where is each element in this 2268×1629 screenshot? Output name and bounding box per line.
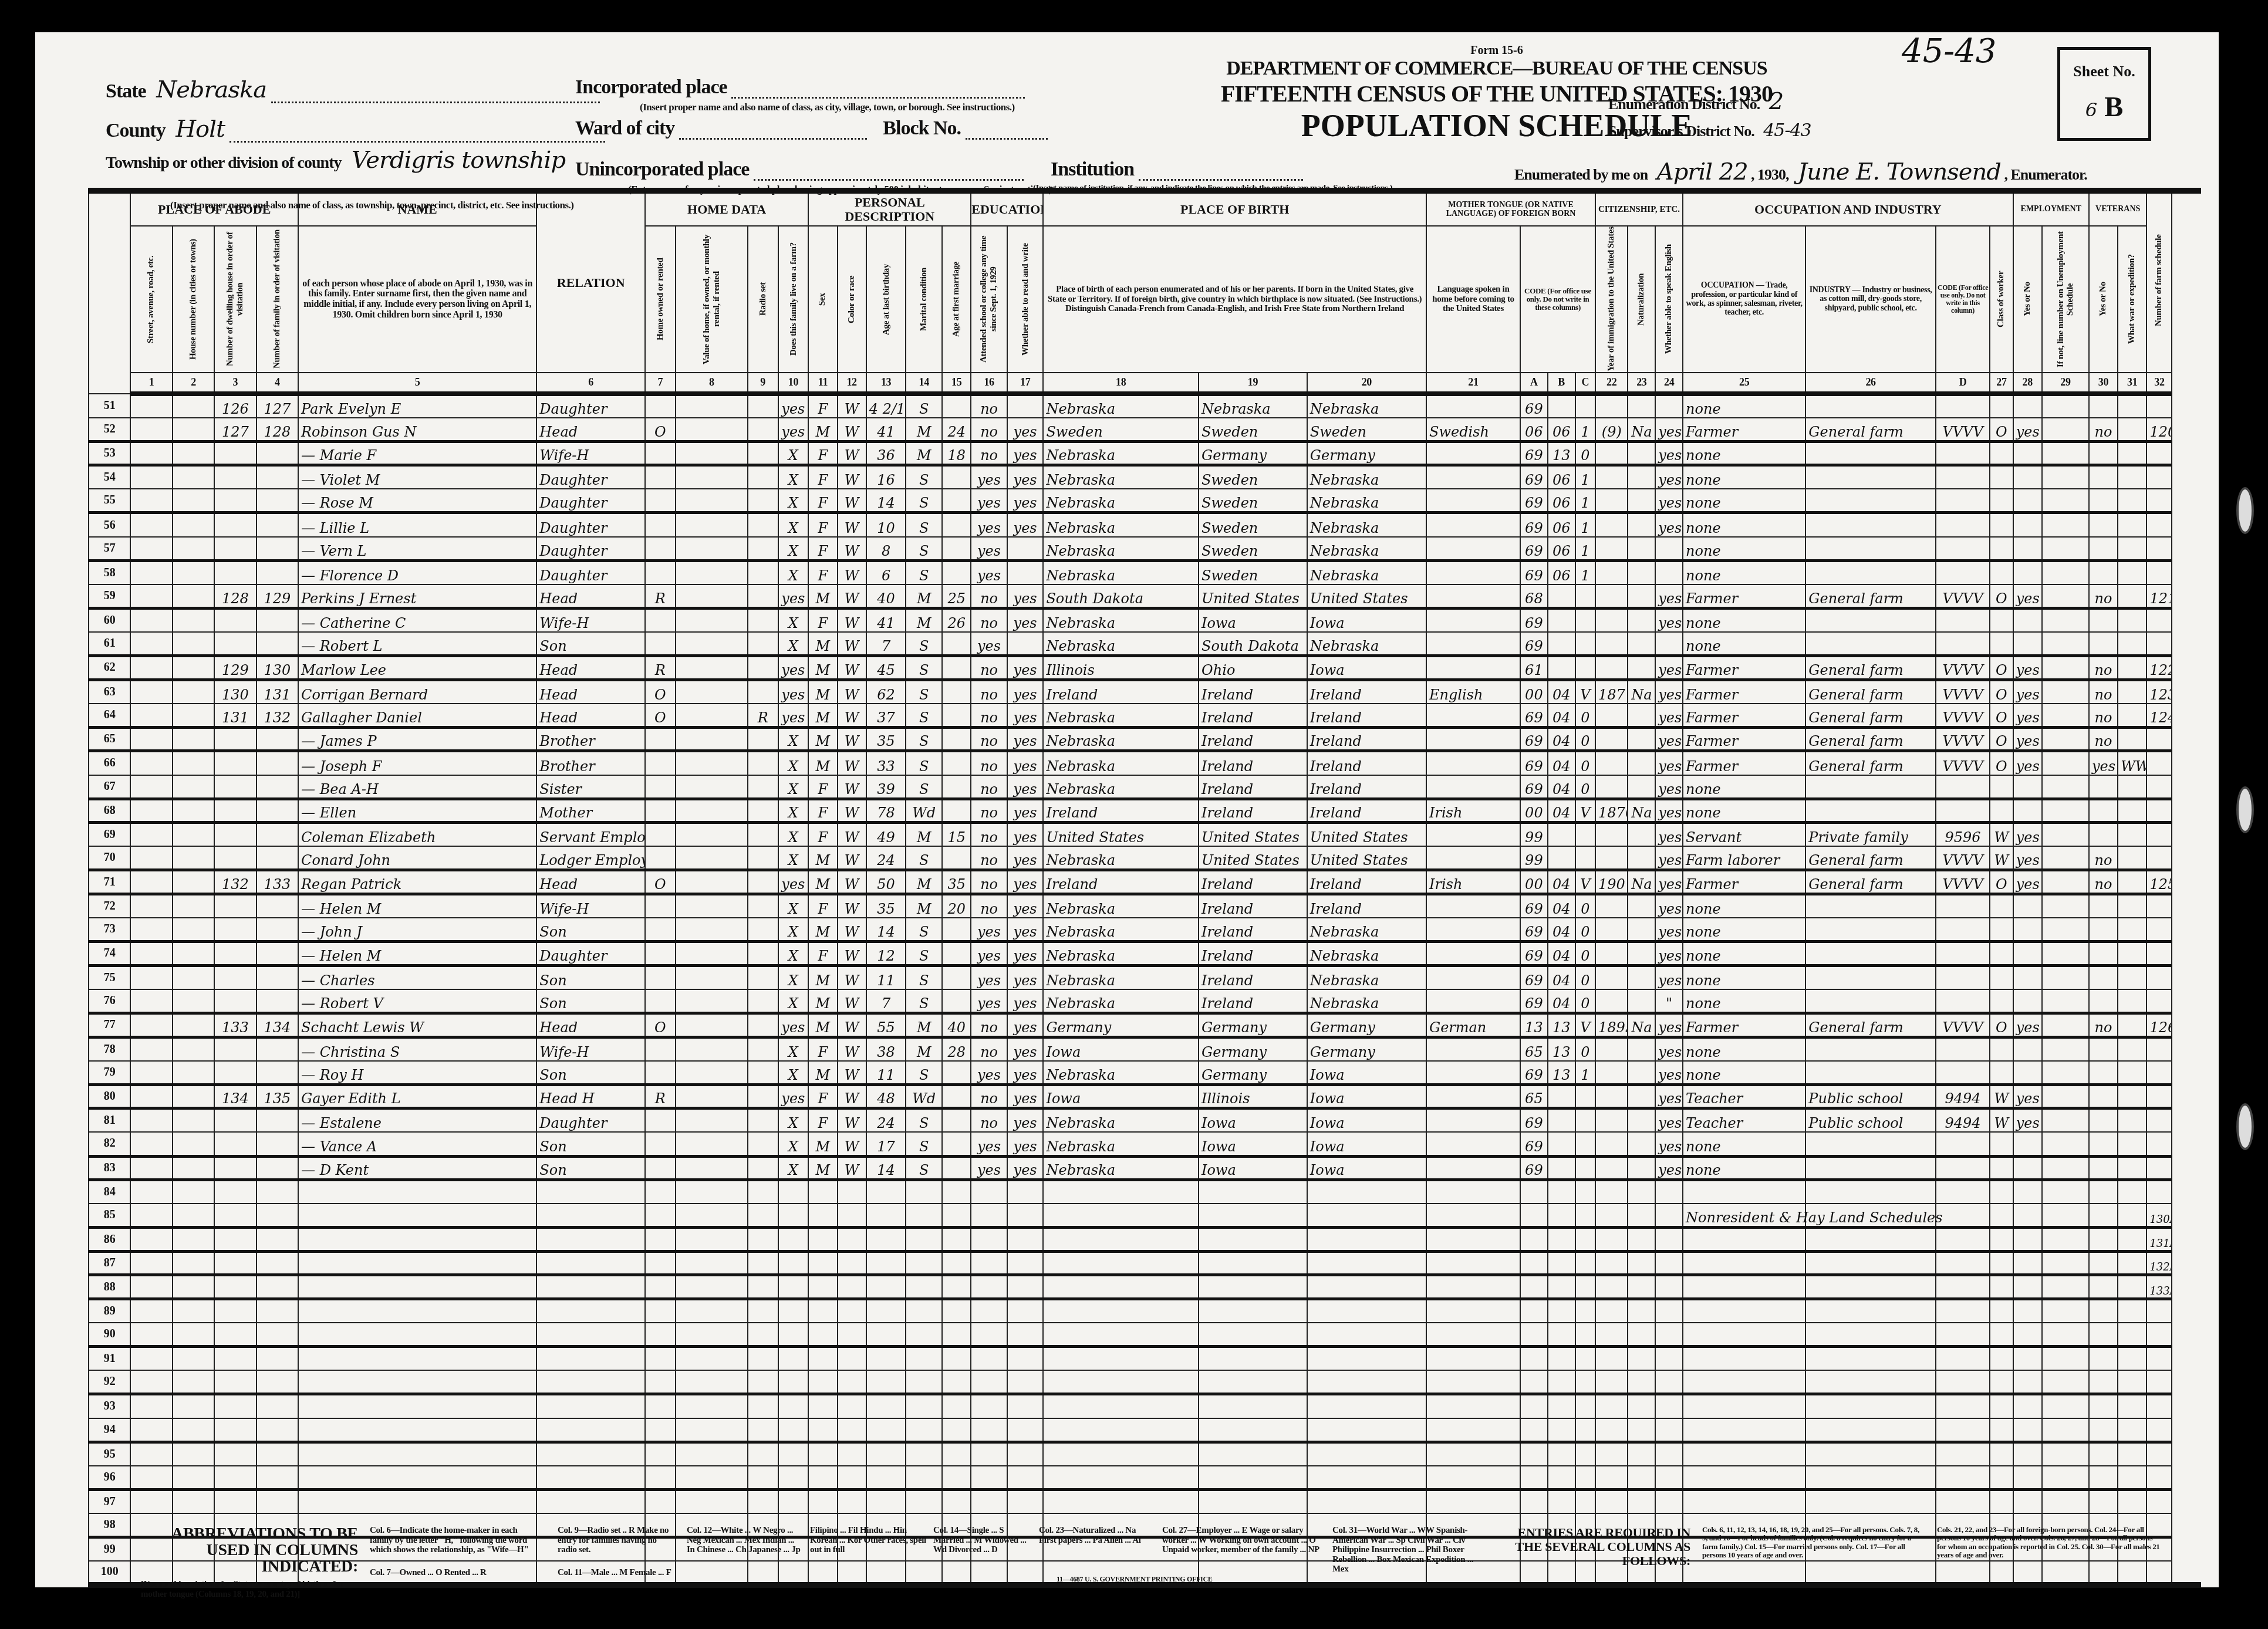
cell-unemp <box>2042 1228 2089 1252</box>
cell-read: yes <box>1007 727 1044 751</box>
cell-unemp <box>2042 465 2089 489</box>
cell-sex <box>808 1394 837 1418</box>
cell-codeB <box>1548 1108 1575 1133</box>
cell-farm: yes <box>778 394 809 418</box>
cell-sex: F <box>808 560 837 584</box>
cell-employed: yes <box>2013 846 2042 870</box>
line-number: 70 <box>89 846 130 870</box>
cell-codeD: VVVV <box>1936 656 1990 680</box>
cell-house <box>173 989 214 1013</box>
cell-codeB: 04 <box>1548 894 1575 918</box>
cell-codeC <box>1575 1108 1596 1133</box>
cell-home <box>645 1156 676 1180</box>
cell-dwelling <box>214 489 256 513</box>
cell-dwelling <box>214 799 256 823</box>
cell-occupation <box>1683 1394 1805 1418</box>
cell-veteran <box>2089 1489 2118 1513</box>
cell-codeC <box>1575 1347 1596 1371</box>
cell-industry <box>1805 1156 1936 1180</box>
cell-st <box>130 1037 172 1061</box>
cell-race: W <box>838 441 866 465</box>
cell-radio <box>748 489 778 513</box>
cell-occupation: Teacher <box>1683 1108 1805 1133</box>
cell-name <box>298 1370 536 1394</box>
cell-father-birth: Ireland <box>1199 870 1307 894</box>
cell-mother-birth: Nebraska <box>1307 465 1426 489</box>
cell-marital: S <box>906 775 942 799</box>
cell-mother-birth: Nebraska <box>1307 918 1426 942</box>
cell-codeC <box>1575 1466 1596 1490</box>
cell-value <box>676 656 748 680</box>
cell-immig <box>1595 727 1628 751</box>
cell-codeA: 69 <box>1520 632 1548 656</box>
cell-school: yes <box>971 513 1007 537</box>
cell-family <box>256 1275 298 1299</box>
cell-family <box>256 465 298 489</box>
cell-dwelling <box>214 823 256 847</box>
cell-lang <box>1426 656 1520 680</box>
cell-birth: Ireland <box>1043 680 1199 704</box>
cell-house <box>173 1251 214 1275</box>
cell-school: no <box>971 870 1007 894</box>
cell-codeD <box>1936 1442 1990 1466</box>
cell-industry <box>1805 1037 1936 1061</box>
cell-lang <box>1426 608 1520 632</box>
cell-marital: M <box>906 894 942 918</box>
state-field: State Nebraska <box>106 76 600 103</box>
cell-codeD: VVVV <box>1936 418 1990 442</box>
cell-codeC: V <box>1575 680 1596 704</box>
cell-father-birth: Germany <box>1199 1037 1307 1061</box>
cell-relation <box>536 1180 645 1204</box>
cell-immig <box>1595 965 1628 989</box>
cell-read: yes <box>1007 465 1044 489</box>
cell-age-marr: 28 <box>942 1037 971 1061</box>
cell-value <box>676 560 748 584</box>
cell-codeD <box>1936 608 1990 632</box>
cell-school: no <box>971 823 1007 847</box>
cell-occupation: none <box>1683 1037 1805 1061</box>
cell-mother-birth: Iowa <box>1307 1084 1426 1108</box>
line-number: 72 <box>89 894 130 918</box>
cell-age: 62 <box>866 680 906 704</box>
cell-relation: Head <box>536 584 645 609</box>
line-number: 69 <box>89 823 130 847</box>
cell-worker: O <box>1990 1013 2013 1037</box>
population-schedule-table: PLACE OF ABODE NAME RELATION HOME DATA P… <box>88 188 2201 1588</box>
cell-farm: X <box>778 727 809 751</box>
cell-family <box>256 560 298 584</box>
cell-name <box>298 1442 536 1466</box>
table-row: 79— Roy HSonXMW11SyesyesNebraskaGermanyI… <box>89 1061 2201 1085</box>
cell-war <box>2118 1251 2146 1275</box>
cell-employed <box>2013 1370 2042 1394</box>
cell-mother-birth: Germany <box>1307 441 1426 465</box>
cell-occupation: Farmer <box>1683 656 1805 680</box>
cell-codeA <box>1520 1299 1548 1323</box>
cell-natur <box>1628 1108 1655 1133</box>
cell-relation: Wife-H <box>536 894 645 918</box>
cell-family <box>256 1180 298 1204</box>
cell-english: yes <box>1655 1084 1683 1108</box>
cell-occupation: none <box>1683 537 1805 561</box>
cell-industry: General farm <box>1805 656 1936 680</box>
cell-employed: yes <box>2013 704 2042 728</box>
cell-radio <box>748 870 778 894</box>
cell-codeC: 0 <box>1575 965 1596 989</box>
cell-marital: S <box>906 1061 942 1085</box>
line-number: 90 <box>89 1323 130 1347</box>
cell-family <box>256 894 298 918</box>
cell-codeD <box>1936 1370 1990 1394</box>
cell-unemp <box>2042 656 2089 680</box>
cell-farm: yes <box>778 1013 809 1037</box>
cell-employed <box>2013 1466 2042 1490</box>
cell-family <box>256 775 298 799</box>
cell-relation: Brother <box>536 727 645 751</box>
cell-race: W <box>838 751 866 775</box>
cell-birth <box>1043 1299 1199 1323</box>
cell-immig <box>1595 608 1628 632</box>
cell-home <box>645 1108 676 1133</box>
cell-mother-birth: Iowa <box>1307 656 1426 680</box>
cell-radio <box>748 394 778 418</box>
cell-english: yes <box>1655 894 1683 918</box>
cell-school <box>971 1442 1007 1466</box>
cell-farm-sched: 133A <box>2146 1275 2172 1299</box>
cell-father-birth <box>1199 1204 1307 1228</box>
cell-immig <box>1595 1228 1628 1252</box>
cell-veteran <box>2089 1084 2118 1108</box>
cell-age <box>866 1323 906 1347</box>
cell-occupation: none <box>1683 894 1805 918</box>
table-row: 60— Catherine CWife-HXFW41M26noyesNebras… <box>89 608 2201 632</box>
cell-immig <box>1595 656 1628 680</box>
cell-codeA: 99 <box>1520 823 1548 847</box>
cell-codeA: 69 <box>1520 942 1548 966</box>
cell-farm-sched <box>2146 1061 2172 1085</box>
cell-sex: M <box>808 1156 837 1180</box>
cell-dwelling <box>214 775 256 799</box>
cell-radio <box>748 1489 778 1513</box>
cell-house <box>173 1489 214 1513</box>
cell-name: — Helen M <box>298 942 536 966</box>
cell-st <box>130 537 172 561</box>
cell-radio <box>748 799 778 823</box>
cell-age <box>866 1466 906 1490</box>
cell-veteran <box>2089 1466 2118 1490</box>
cell-worker <box>1990 1299 2013 1323</box>
cell-farm <box>778 1204 809 1228</box>
cell-lang <box>1426 1394 1520 1418</box>
table-row: 94 <box>89 1418 2201 1442</box>
cell-race: W <box>838 965 866 989</box>
cell-family: 132 <box>256 704 298 728</box>
cell-radio <box>748 1108 778 1133</box>
cell-english <box>1655 1299 1683 1323</box>
district-stamp: 45-43 <box>1902 32 1996 70</box>
cell-home <box>645 846 676 870</box>
cell-codeD <box>1936 775 1990 799</box>
table-row: 78— Christina SWife-HXFW38M28noyesIowaGe… <box>89 1037 2201 1061</box>
cell-radio <box>748 656 778 680</box>
cell-house <box>173 918 214 942</box>
cell-codeC <box>1575 1084 1596 1108</box>
cell-farm: X <box>778 823 809 847</box>
cell-lang <box>1426 1442 1520 1466</box>
cell-farm-sched <box>2146 1084 2172 1108</box>
cell-house <box>173 537 214 561</box>
cell-read <box>1007 1251 1044 1275</box>
cell-father-birth <box>1199 1275 1307 1299</box>
cell-natur <box>1628 465 1655 489</box>
cell-dwelling <box>214 1180 256 1204</box>
cell-marital: S <box>906 465 942 489</box>
cell-industry: Public school <box>1805 1108 1936 1133</box>
cell-war <box>2118 1275 2146 1299</box>
cell-marital: M <box>906 823 942 847</box>
cell-birth: Nebraska <box>1043 918 1199 942</box>
cell-age: 35 <box>866 727 906 751</box>
cell-read: yes <box>1007 775 1044 799</box>
cell-industry: Private family <box>1805 823 1936 847</box>
cell-radio <box>748 727 778 751</box>
cell-farm-sched <box>2146 1108 2172 1133</box>
cell-codeB: 04 <box>1548 942 1575 966</box>
cell-radio <box>748 1084 778 1108</box>
township-field: Township or other division of county Ver… <box>106 147 610 174</box>
cell-codeA: 69 <box>1520 989 1548 1013</box>
cell-value <box>676 775 748 799</box>
cell-age: 7 <box>866 989 906 1013</box>
cell-birth: Illinois <box>1043 656 1199 680</box>
cell-codeB: 06 <box>1548 465 1575 489</box>
cell-school: yes <box>971 560 1007 584</box>
cell-house <box>173 870 214 894</box>
cell-sex <box>808 1466 837 1490</box>
cell-codeA <box>1520 1275 1548 1299</box>
cell-codeB <box>1548 608 1575 632</box>
cell-house <box>173 846 214 870</box>
table-row: 93 <box>89 1394 2201 1418</box>
cell-farm-sched <box>2146 441 2172 465</box>
cell-codeC <box>1575 1442 1596 1466</box>
cell-age: 41 <box>866 418 906 442</box>
cell-radio <box>748 965 778 989</box>
cell-birth: Ireland <box>1043 799 1199 823</box>
cell-codeD: VVVV <box>1936 680 1990 704</box>
cell-st <box>130 1323 172 1347</box>
cell-occupation: Farmer <box>1683 680 1805 704</box>
cell-home <box>645 775 676 799</box>
cell-age <box>866 1275 906 1299</box>
cell-read <box>1007 1299 1044 1323</box>
cell-farm-sched <box>2146 1442 2172 1466</box>
cell-father-birth: Sweden <box>1199 560 1307 584</box>
cell-employed <box>2013 632 2042 656</box>
cell-employed: yes <box>2013 680 2042 704</box>
cell-school <box>971 1180 1007 1204</box>
cell-father-birth: Ireland <box>1199 727 1307 751</box>
cell-value <box>676 918 748 942</box>
cell-employed <box>2013 1299 2042 1323</box>
cell-war <box>2118 870 2146 894</box>
cell-value <box>676 751 748 775</box>
cell-father-birth: Iowa <box>1199 1108 1307 1133</box>
cell-family <box>256 537 298 561</box>
cell-father-birth: Ireland <box>1199 989 1307 1013</box>
cell-sex: F <box>808 608 837 632</box>
cell-codeD <box>1936 394 1990 418</box>
cell-age-marr <box>942 751 971 775</box>
cell-occupation: Farm laborer <box>1683 846 1805 870</box>
cell-industry <box>1805 465 1936 489</box>
cell-codeA: 00 <box>1520 680 1548 704</box>
cell-codeC <box>1575 1251 1596 1275</box>
cell-value <box>676 1037 748 1061</box>
cell-age-marr <box>942 1228 971 1252</box>
cell-family <box>256 1108 298 1133</box>
cell-read <box>1007 1204 1044 1228</box>
cell-codeD: VVVV <box>1936 846 1990 870</box>
cell-occupation <box>1683 1228 1805 1252</box>
cell-english: yes <box>1655 965 1683 989</box>
cell-dwelling <box>214 1228 256 1252</box>
cell-home <box>645 751 676 775</box>
cell-english <box>1655 1466 1683 1490</box>
cell-sex: M <box>808 1061 837 1085</box>
cell-dwelling <box>214 1204 256 1228</box>
cell-natur <box>1628 727 1655 751</box>
cell-codeD <box>1936 989 1990 1013</box>
cell-lang <box>1426 465 1520 489</box>
cell-codeA <box>1520 1323 1548 1347</box>
cell-farm: X <box>778 465 809 489</box>
cell-industry <box>1805 1466 1936 1490</box>
cell-farm-sched <box>2146 394 2172 418</box>
cell-father-birth: Ireland <box>1199 751 1307 775</box>
cell-home <box>645 560 676 584</box>
cell-occupation: none <box>1683 942 1805 966</box>
table-row: 63130131Corrigan BernardHeadOyesMW62Snoy… <box>89 680 2201 704</box>
cell-worker <box>1990 537 2013 561</box>
cell-mother-birth <box>1307 1394 1426 1418</box>
cell-industry: General farm <box>1805 751 1936 775</box>
cell-dwelling: 130 <box>214 680 256 704</box>
cell-codeA: 69 <box>1520 537 1548 561</box>
cell-age-marr <box>942 513 971 537</box>
cell-family <box>256 1061 298 1085</box>
cell-radio <box>748 1442 778 1466</box>
cell-family <box>256 1347 298 1371</box>
cell-codeC <box>1575 1370 1596 1394</box>
cell-unemp <box>2042 704 2089 728</box>
cell-worker: O <box>1990 418 2013 442</box>
cell-marital: S <box>906 394 942 418</box>
cell-name: — D Kent <box>298 1156 536 1180</box>
cell-family <box>256 942 298 966</box>
cell-farm: yes <box>778 584 809 609</box>
cell-relation <box>536 1347 645 1371</box>
cell-codeB <box>1548 1370 1575 1394</box>
cell-sex: F <box>808 775 837 799</box>
cell-employed <box>2013 1347 2042 1371</box>
cell-immig <box>1595 489 1628 513</box>
cell-unemp <box>2042 823 2089 847</box>
cell-codeA: 69 <box>1520 751 1548 775</box>
cell-dwelling <box>214 1394 256 1418</box>
cell-mother-birth: Nebraska <box>1307 989 1426 1013</box>
cell-birth: Nebraska <box>1043 965 1199 989</box>
cell-war <box>2118 680 2146 704</box>
cell-mother-birth: Germany <box>1307 1013 1426 1037</box>
cell-farm: yes <box>778 418 809 442</box>
cell-age-marr <box>942 727 971 751</box>
cell-war <box>2118 1347 2146 1371</box>
cell-sex: M <box>808 870 837 894</box>
cell-natur <box>1628 846 1655 870</box>
cell-unemp <box>2042 1156 2089 1180</box>
cell-marital: S <box>906 942 942 966</box>
cell-age-marr <box>942 1132 971 1156</box>
cell-relation: Son <box>536 632 645 656</box>
cell-family: 131 <box>256 680 298 704</box>
cell-industry <box>1805 1489 1936 1513</box>
line-number: 77 <box>89 1013 130 1037</box>
cell-english <box>1655 1204 1683 1228</box>
cell-race: W <box>838 537 866 561</box>
cell-worker: O <box>1990 656 2013 680</box>
cell-relation: Head <box>536 704 645 728</box>
cell-name: — Helen M <box>298 894 536 918</box>
cell-st <box>130 1299 172 1323</box>
cell-codeC <box>1575 632 1596 656</box>
cell-codeD <box>1936 513 1990 537</box>
cell-radio <box>748 1156 778 1180</box>
cell-employed <box>2013 942 2042 966</box>
cell-marital: S <box>906 727 942 751</box>
cell-worker <box>1990 1180 2013 1204</box>
cell-worker <box>1990 1418 2013 1442</box>
cell-house <box>173 965 214 989</box>
cell-mother-birth: Nebraska <box>1307 560 1426 584</box>
cell-farm <box>778 1489 809 1513</box>
table-row: 61— Robert LSonXMW7SyesNebraskaSouth Dak… <box>89 632 2201 656</box>
cell-war <box>2118 965 2146 989</box>
cell-immig <box>1595 751 1628 775</box>
cell-immig <box>1595 1037 1628 1061</box>
line-number: 82 <box>89 1132 130 1156</box>
cell-codeA <box>1520 1489 1548 1513</box>
cell-father-birth: United States <box>1199 846 1307 870</box>
cell-lang <box>1426 1299 1520 1323</box>
cell-name: Conard John <box>298 846 536 870</box>
cell-codeC <box>1575 1180 1596 1204</box>
cell-codeC: 1 <box>1575 465 1596 489</box>
cell-codeD <box>1936 1180 1990 1204</box>
cell-mother-birth: Ireland <box>1307 751 1426 775</box>
cell-employed <box>2013 799 2042 823</box>
cell-family <box>256 1323 298 1347</box>
line-number: 87 <box>89 1251 130 1275</box>
cell-radio <box>748 560 778 584</box>
cell-race: W <box>838 489 866 513</box>
cell-age <box>866 1228 906 1252</box>
cell-english: yes <box>1655 584 1683 609</box>
cell-age: 78 <box>866 799 906 823</box>
cell-school <box>971 1275 1007 1299</box>
cell-codeA: 00 <box>1520 870 1548 894</box>
